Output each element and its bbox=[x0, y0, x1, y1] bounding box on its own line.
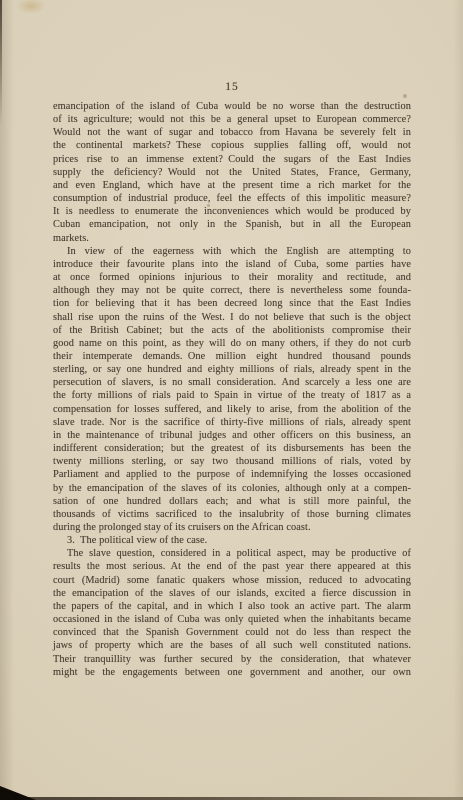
text-line: slave trade. Nor is the sacrifice of thi… bbox=[53, 416, 411, 429]
text-line: sterling, or say one hundred and eighty … bbox=[53, 363, 411, 376]
text-line: emancipation of the island of Cuba would… bbox=[53, 100, 411, 113]
text-line: although they may not be quite correct, … bbox=[53, 284, 411, 297]
text-line: by the emancipation of the slaves of its… bbox=[53, 482, 411, 495]
paragraph: In view of the eagerness with which the … bbox=[53, 245, 411, 534]
text-line: tion for believing that it has been decr… bbox=[53, 297, 411, 310]
text-line: might be the engagements between one gov… bbox=[53, 666, 411, 679]
text-line: Parliament and applied to the purpose of… bbox=[53, 468, 411, 481]
text-line: results the most serious. At the end of … bbox=[53, 560, 411, 573]
text-line: markets. bbox=[53, 232, 411, 245]
text-line: In view of the eagerness with which the … bbox=[53, 245, 411, 258]
text-line: court (Madrid) some fanatic quakers whos… bbox=[53, 574, 411, 587]
text-line: persecution of slavers, is no small cons… bbox=[53, 376, 411, 389]
scan-edge-artifact bbox=[0, 0, 2, 125]
text-line: and even England, which have at the pres… bbox=[53, 179, 411, 192]
text-line: Their tranquillity was further secured b… bbox=[53, 653, 411, 666]
text-line: compensation for losses suffered, and li… bbox=[53, 403, 411, 416]
text-line: in the maintenance of tribunal judges an… bbox=[53, 429, 411, 442]
text-line: occasioned in the island of Cuba was onl… bbox=[53, 613, 411, 626]
text-line: It is needless to enumerate the inconven… bbox=[53, 205, 411, 218]
text-line: Cuban emancipation, not only in the Span… bbox=[53, 218, 411, 231]
text-line: thousands of victims sacrificed to the i… bbox=[53, 508, 411, 521]
text-line: twenty millions sterling, or say two tho… bbox=[53, 455, 411, 468]
text-line: the papers of the capital, and in which … bbox=[53, 600, 411, 613]
text-line: introduce their favourite plans into the… bbox=[53, 258, 411, 271]
text-line: prices rise to an immense extent? Could … bbox=[53, 153, 411, 166]
paragraph: The slave question, considered in a poli… bbox=[53, 547, 411, 679]
text-line: jaws of property which are the bases of … bbox=[53, 639, 411, 652]
text-line: convinced that the Spanish Government co… bbox=[53, 626, 411, 639]
text-line: supply the deficiency? Would not the Uni… bbox=[53, 166, 411, 179]
text-line: good name on this point, as they will do… bbox=[53, 337, 411, 350]
text-line: shall rise upon the ruins of the West. I… bbox=[53, 311, 411, 324]
scan-corner-shadow bbox=[0, 786, 36, 800]
text-line: their intemperate demands. One million e… bbox=[53, 350, 411, 363]
text-line: sation of one hundred dollars each; and … bbox=[53, 495, 411, 508]
text-line: the continental markets? These copious s… bbox=[53, 139, 411, 152]
page-number: 15 bbox=[53, 81, 411, 94]
paper-stain bbox=[16, 0, 46, 14]
text-line: at once formed opinions injurious to the… bbox=[53, 271, 411, 284]
scanned-book-page: 15 emancipation of the island of Cuba wo… bbox=[0, 0, 463, 800]
text-line: Would not the want of sugar and tobacco … bbox=[53, 126, 411, 139]
text-block: 15 emancipation of the island of Cuba wo… bbox=[53, 81, 411, 679]
text-line: The slave question, considered in a poli… bbox=[53, 547, 411, 560]
text-line: indifferent consideration; but the great… bbox=[53, 442, 411, 455]
text-line: of the British Cabinet; but the acts of … bbox=[53, 324, 411, 337]
paragraph: emancipation of the island of Cuba would… bbox=[53, 100, 411, 245]
text-line: the forty millions of rials paid to Spai… bbox=[53, 389, 411, 402]
text-line: of its agriculture; would not this be a … bbox=[53, 113, 411, 126]
text-line: consumption of industrial produce, feel … bbox=[53, 192, 411, 205]
text-line: the emancipation of the slaves of our is… bbox=[53, 587, 411, 600]
text-line: during the prolonged stay of its cruiser… bbox=[53, 521, 411, 534]
paragraph: 3. The political view of the case. bbox=[53, 534, 411, 547]
text-line: 3. The political view of the case. bbox=[53, 534, 411, 547]
